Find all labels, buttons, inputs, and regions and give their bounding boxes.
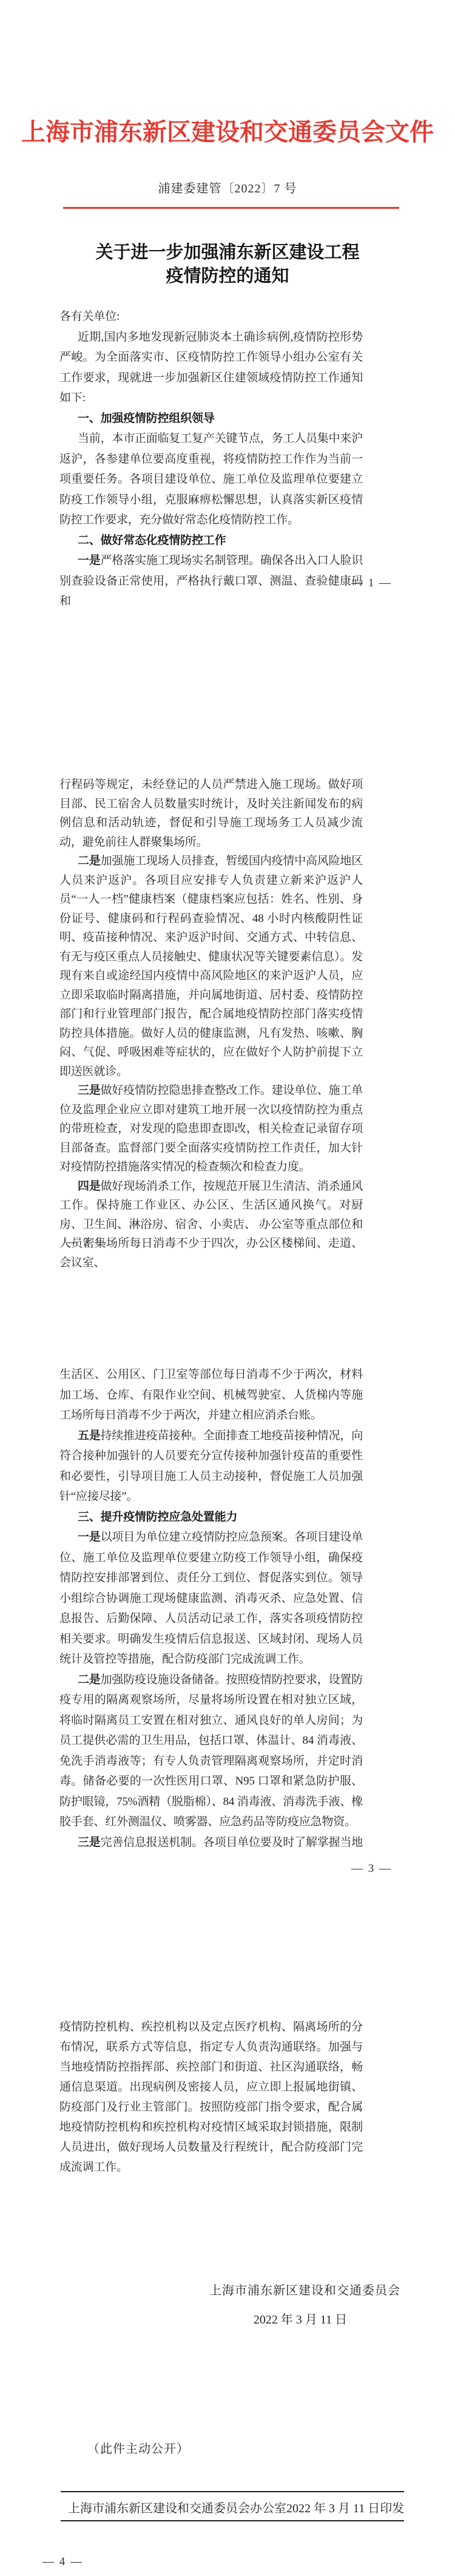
- issuing-office: 上海市浦东新区建设和交通委员会办公室: [68, 2498, 286, 2516]
- section-heading-2: 二、做好常态化疫情防控工作: [59, 530, 363, 551]
- paragraph-lead: 三是: [78, 1836, 101, 1849]
- paragraph: 一是以项目为单位建立疫情防控应急预案。各项目建设单位、施工单位及监理单位要建立防…: [59, 1527, 363, 1670]
- paragraph-text: 完善信息报送机制。各项目单位要及时了解掌握当地: [101, 1836, 363, 1849]
- paragraph-continuation: 行程码等规定，未经登记的人员严禁进入施工现场。做好项目部、民工宿舍人员数量实时统…: [59, 775, 363, 852]
- paragraph-lead: 一是: [78, 1531, 101, 1544]
- paragraph-lead: 一是: [78, 554, 101, 567]
- paragraph: 当前，本市正面临复工复产关键节点，务工人员集中来沪返沪，各参建单位要高度重视，将…: [59, 429, 363, 530]
- page-number-3: — 3 —: [351, 1862, 392, 1876]
- signature-organization: 上海市浦东新区建设和交通委员会: [0, 2280, 400, 2298]
- notice-title: 关于进一步加强浦东新区建设工程 疫情防控的通知: [0, 241, 455, 288]
- page-number-2: — 2 —: [67, 1236, 107, 1249]
- footer-rule-bottom: [61, 2520, 404, 2521]
- paragraph-text: 严格落实施工现场实名制管理。确保各出入口人脸识别查验设备正常使用，严格执行戴口罩…: [59, 554, 363, 608]
- paragraph-lead: 五是: [78, 1429, 101, 1442]
- notice-title-line2: 疫情防控的通知: [0, 265, 455, 288]
- page-3-body: 生活区、公用区、门卫室等部位每日消毒不少于两次，材料加工场、仓库、有限作业空间、…: [59, 1364, 363, 1852]
- page-1-body: 各有关单位: 近期,国内多地发现新冠肺炎本土确诊病例,疫情防控形势严峻。为全面落…: [59, 307, 363, 612]
- page-2-body: 行程码等规定，未经登记的人员严禁进入施工现场。做好项目部、民工宿舍人员数量实时统…: [59, 775, 363, 1272]
- footer-office-line: 上海市浦东新区建设和交通委员会办公室 2022 年 3 月 11 日印发: [61, 2498, 404, 2516]
- page-number-4: — 4 —: [42, 2555, 83, 2569]
- section-heading-1: 一、加强疫情防控组织领导: [59, 408, 363, 429]
- paragraph-text: 加强施工现场人员排查，暂缓国内疫情中高风险地区人员来沪返沪。各项目应安排专人负责…: [59, 855, 363, 1078]
- disclosure-note: （此件主动公开）: [87, 2439, 189, 2456]
- document-scan: 上海市浦东新区建设和交通委员会文件 浦建委建管〔2022〕7 号 关于进一步加强…: [0, 0, 455, 2576]
- document-number: 浦建委建管〔2022〕7 号: [0, 178, 455, 196]
- paragraph-continuation: 疫情防控机构、疾控机构以及定点医疗机构、隔离场所的分布情况，联系方式等信息，指定…: [59, 2017, 363, 2177]
- paragraph: 五是持续推进疫苗接种。全面排查工地疫苗接种情况，向符合接种加强针的人员要充分宣传…: [59, 1426, 363, 1507]
- print-date: 2022 年 3 月 11 日印发: [286, 2498, 404, 2516]
- paragraph: 四是做好现场消杀工作，按规范开展卫生清洁、消杀通风工作。保持施工作业区、办公区、…: [59, 1177, 363, 1273]
- paragraph-text: 做好现场消杀工作，按规范开展卫生清洁、消杀通风工作。保持施工作业区、办公区、生活…: [59, 1180, 363, 1269]
- paragraph: 三是完善信息报送机制。各项目单位要及时了解掌握当地: [59, 1832, 363, 1853]
- paragraph: 二是加强施工现场人员排查，暂缓国内疫情中高风险地区人员来沪返沪。各项目应安排专人…: [59, 852, 363, 1081]
- paragraph-lead: 二是: [78, 1673, 101, 1686]
- section-heading-3: 三、提升疫情防控应急处置能力: [59, 1507, 363, 1528]
- paragraph-lead: 三是: [78, 1084, 101, 1097]
- paragraph: 三是做好疫情防控隐患排查整改工作。建设单位、施工单位及监理企业应立即对建筑工地开…: [59, 1081, 363, 1177]
- paragraph-text: 做好疫情防控隐患排查整改工作。建设单位、施工单位及监理企业应立即对建筑工地开展一…: [59, 1084, 363, 1173]
- red-divider-rule: [63, 207, 399, 209]
- salutation: 各有关单位:: [59, 307, 363, 327]
- red-header-org-title: 上海市浦东新区建设和交通委员会文件: [0, 113, 455, 147]
- page-number-1: — 1 —: [351, 577, 392, 590]
- signature-date: 2022 年 3 月 11 日: [200, 2310, 400, 2327]
- notice-title-line1: 关于进一步加强浦东新区建设工程: [0, 241, 455, 265]
- paragraph: 一是严格落实施工现场实名制管理。确保各出入口人脸识别查验设备正常使用，严格执行戴…: [59, 551, 363, 612]
- paragraph-lead: 二是: [78, 855, 101, 867]
- paragraph: 近期,国内多地发现新冠肺炎本土确诊病例,疫情防控形势严峻。为全面落实市、区疫情防…: [59, 327, 363, 408]
- footer-rule-top: [61, 2491, 404, 2492]
- paragraph-lead: 四是: [78, 1180, 101, 1193]
- paragraph-text: 加强防疫设施设备储备。按照疫情防控要求，设置防疫专用的隔离观察场所，尽量将场所设…: [59, 1673, 363, 1829]
- paragraph-text: 以项目为单位建立疫情防控应急预案。各项目建设单位、施工单位及监理单位要建立防疫工…: [59, 1531, 363, 1666]
- paragraph: 二是加强防疫设施设备储备。按照疫情防控要求，设置防疫专用的隔离观察场所，尽量将场…: [59, 1670, 363, 1832]
- page-4-body: 疫情防控机构、疾控机构以及定点医疗机构、隔离场所的分布情况，联系方式等信息，指定…: [59, 2017, 363, 2177]
- paragraph-text: 持续推进疫苗接种。全面排查工地疫苗接种情况，向符合接种加强针的人员要充分宣传接种…: [59, 1429, 363, 1503]
- paragraph-continuation: 生活区、公用区、门卫室等部位每日消毒不少于两次，材料加工场、仓库、有限作业空间、…: [59, 1364, 363, 1426]
